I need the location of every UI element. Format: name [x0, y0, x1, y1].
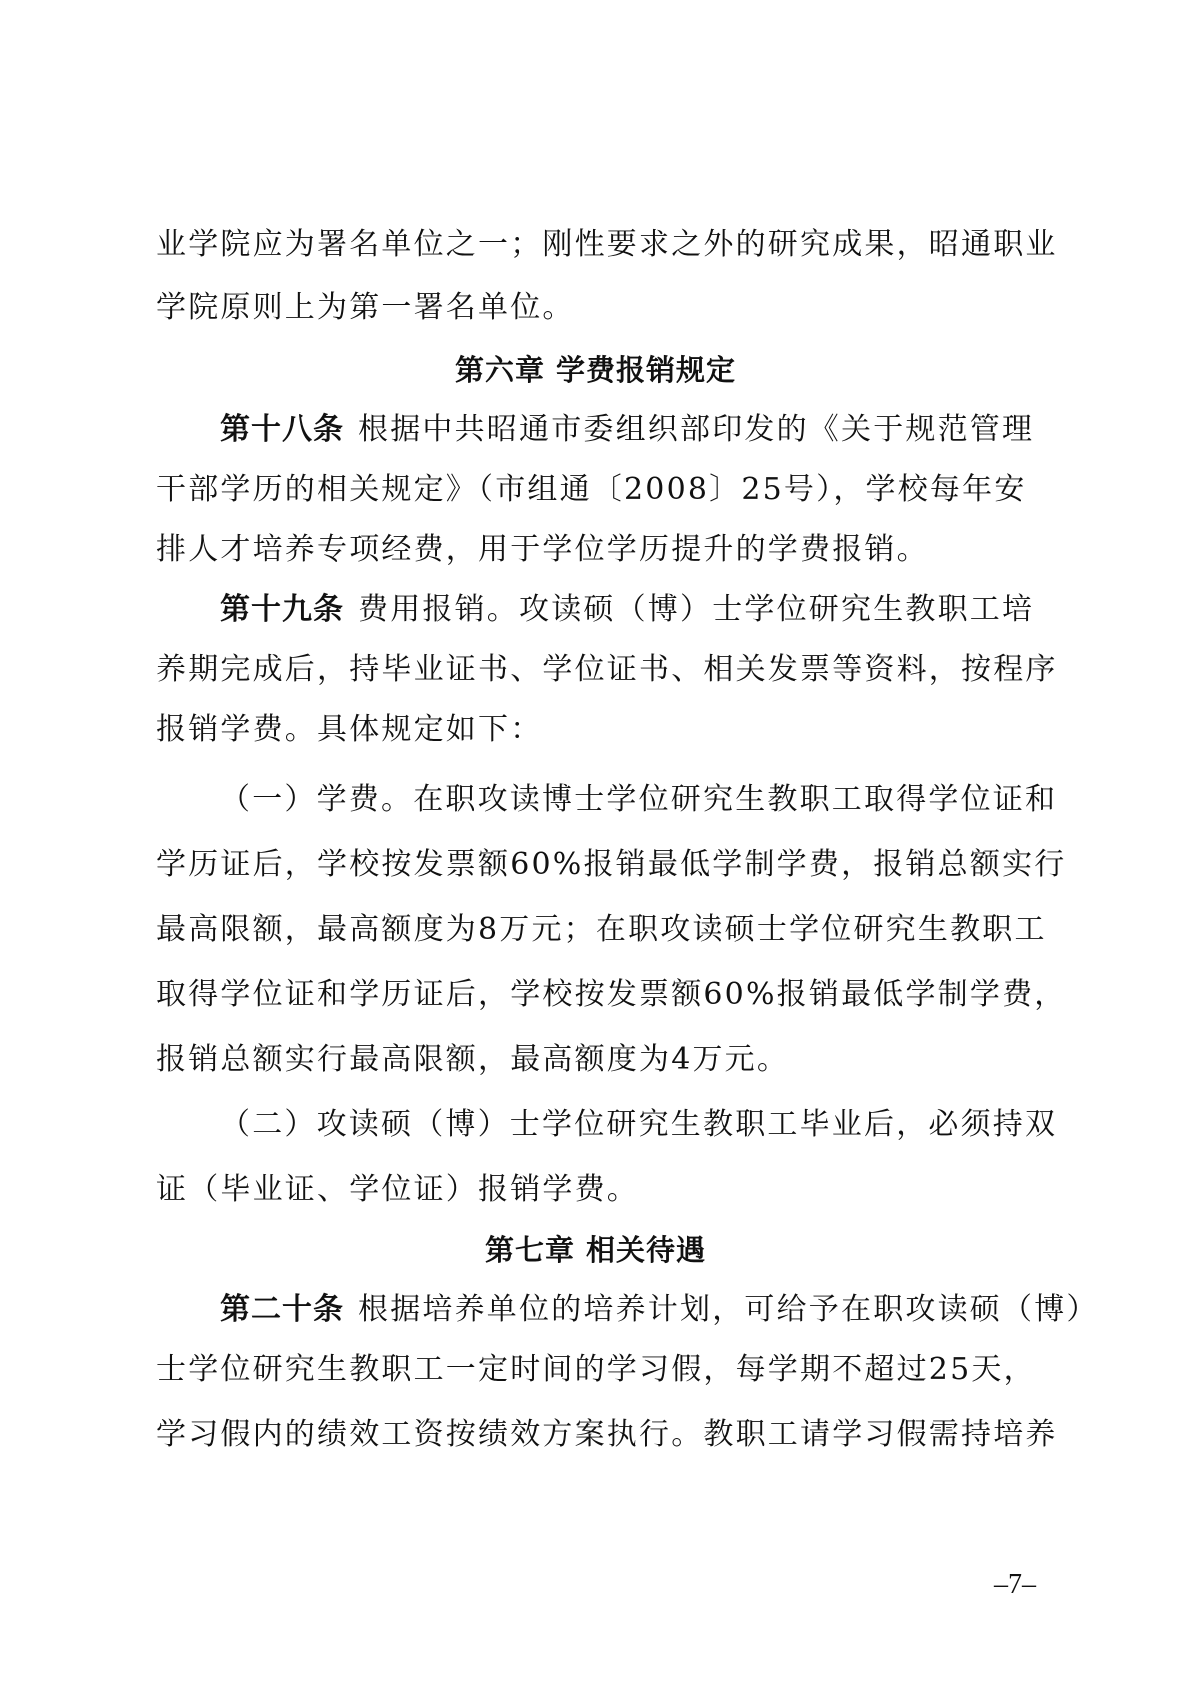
- body-line: 报销学费。具体规定如下：: [156, 710, 1036, 750]
- body-line: 最高限额，最高额度为8万元；在职攻读硕士学位研究生教职工: [156, 910, 1036, 950]
- body-line: 学习假内的绩效工资按绩效方案执行。教职工请学习假需持培养: [156, 1415, 1036, 1455]
- body-line: 学历证后，学校按发票额60%报销最低学制学费，报销总额实行: [156, 845, 1036, 885]
- article-18-line-1: 第十八条根据中共昭通市委组织部印发的《关于规范管理: [220, 410, 1036, 450]
- item-2-line: （二）攻读硕（博）士学位研究生教职工毕业后，必须持双: [220, 1105, 1036, 1145]
- chapter-6-heading: 第六章 学费报销规定: [0, 350, 1191, 390]
- article-18-text: 根据中共昭通市委组织部印发的《关于规范管理: [358, 412, 1034, 447]
- body-line: 业学院应为署名单位之一；刚性要求之外的研究成果，昭通职业: [156, 225, 1036, 265]
- article-20-text: 根据培养单位的培养计划，可给予在职攻读硕（博）: [358, 1292, 1099, 1327]
- body-line: 干部学历的相关规定》（市组通〔2008〕25号），学校每年安: [156, 470, 1036, 510]
- body-line: 证（毕业证、学位证）报销学费。: [156, 1170, 1036, 1210]
- page-number: –7–: [985, 1565, 1045, 1605]
- body-line: 学院原则上为第一署名单位。: [156, 288, 1036, 328]
- article-19-label: 第十九条: [220, 592, 344, 627]
- body-line: 士学位研究生教职工一定时间的学习假，每学期不超过25天，: [156, 1350, 1036, 1390]
- article-19-line-1: 第十九条费用报销。攻读硕（博）士学位研究生教职工培: [220, 590, 1036, 630]
- article-20-label: 第二十条: [220, 1292, 344, 1327]
- body-line: 养期完成后，持毕业证书、学位证书、相关发票等资料，按程序: [156, 650, 1036, 690]
- article-20-line-1: 第二十条根据培养单位的培养计划，可给予在职攻读硕（博）: [220, 1290, 1036, 1330]
- body-line: 取得学位证和学历证后，学校按发票额60%报销最低学制学费，: [156, 975, 1036, 1015]
- chapter-7-heading: 第七章 相关待遇: [0, 1230, 1191, 1270]
- article-19-text: 费用报销。攻读硕（博）士学位研究生教职工培: [358, 592, 1034, 627]
- item-1-line: （一）学费。在职攻读博士学位研究生教职工取得学位证和: [220, 780, 1036, 820]
- article-18-label: 第十八条: [220, 412, 344, 447]
- body-line: 报销总额实行最高限额，最高额度为4万元。: [156, 1040, 1036, 1080]
- document-page: 业学院应为署名单位之一；刚性要求之外的研究成果，昭通职业 学院原则上为第一署名单…: [0, 0, 1191, 1684]
- body-line: 排人才培养专项经费，用于学位学历提升的学费报销。: [156, 530, 1036, 570]
